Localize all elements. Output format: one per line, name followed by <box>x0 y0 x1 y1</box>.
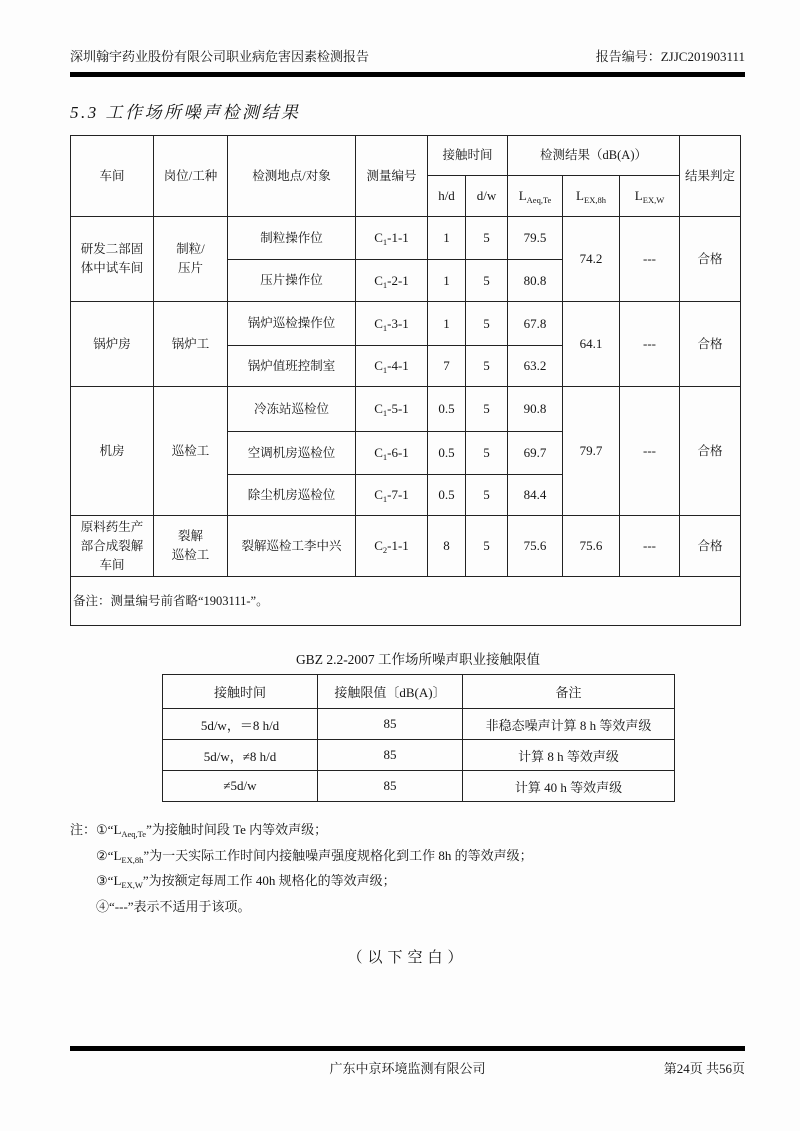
cell-location: 锅炉值班控制室 <box>228 346 356 387</box>
col-header-location: 检测地点/对象 <box>228 136 356 217</box>
col-header-lexw: LEX,W <box>620 176 680 217</box>
table-row: 锅炉房 锅炉工 锅炉巡检操作位 C1-3-1 1 5 67.8 64.1 ---… <box>71 302 741 346</box>
cell-dw: 5 <box>466 387 508 432</box>
limit-row: 5d/w，＝8 h/d 85 非稳态噪声计算 8 h 等效声级 <box>163 709 675 740</box>
cell-dw: 5 <box>466 346 508 387</box>
cell-judge: 合格 <box>680 387 741 516</box>
cell-hd: 0.5 <box>428 432 466 475</box>
cell-location: 空调机房巡检位 <box>228 432 356 475</box>
cell-location: 制粒操作位 <box>228 217 356 260</box>
section-title: 5.3 工作场所噪声检测结果 <box>70 98 745 123</box>
limit-cell-time: 5d/w，＝8 h/d <box>163 709 318 740</box>
limit-cell-value: 85 <box>318 771 463 802</box>
footer-company: 广东中京环境监测有限公司 <box>329 1061 485 1076</box>
cell-lex8h: 75.6 <box>563 516 620 577</box>
cell-position: 裂解 巡检工 <box>154 516 228 577</box>
col-header-hd: h/d <box>428 176 466 217</box>
limit-table: 接触时间 接触限值〔dB(A)〕 备注 5d/w，＝8 h/d 85 非稳态噪声… <box>162 674 675 802</box>
table-row: 机房 巡检工 冷冻站巡检位 C1-5-1 0.5 5 90.8 79.7 ---… <box>71 387 741 432</box>
cell-judge: 合格 <box>680 217 741 302</box>
cell-hd: 0.5 <box>428 475 466 516</box>
cell-lexw: --- <box>620 516 680 577</box>
cell-location: 除尘机房巡检位 <box>228 475 356 516</box>
cell-position: 制粒/ 压片 <box>154 217 228 302</box>
cell-laeq: 69.7 <box>508 432 563 475</box>
col-header-dw: d/w <box>466 176 508 217</box>
blank-placeholder: （以下空白） <box>70 946 745 967</box>
cell-lex8h: 74.2 <box>563 217 620 302</box>
limit-row: ≠5d/w 85 计算 40 h 等效声级 <box>163 771 675 802</box>
page-header: 深圳翰宇药业股份有限公司职业病危害因素检测报告 报告编号：ZJJC2019031… <box>70 46 745 77</box>
col-header-contact-time: 接触时间 <box>428 136 508 176</box>
cell-lexw: --- <box>620 302 680 387</box>
cell-hd: 1 <box>428 217 466 260</box>
cell-laeq: 84.4 <box>508 475 563 516</box>
limit-col-contact-time: 接触时间 <box>163 675 318 709</box>
cell-measure-no: C1-1-1 <box>356 217 428 260</box>
col-header-result-group: 检测结果（dB(A)） <box>508 136 680 176</box>
cell-measure-no: C1-2-1 <box>356 260 428 302</box>
cell-measure-no: C1-4-1 <box>356 346 428 387</box>
cell-workshop: 研发二部固 体中试车间 <box>71 217 154 302</box>
cell-lex8h: 64.1 <box>563 302 620 387</box>
cell-hd: 0.5 <box>428 387 466 432</box>
note-item: ②“LEX,8h”为一天实际工作时间内接触噪声强度规格化到工作 8h 的等效声级… <box>96 844 533 870</box>
cell-measure-no: C1-6-1 <box>356 432 428 475</box>
content-area: 深圳翰宇药业股份有限公司职业病危害因素检测报告 报告编号：ZJJC2019031… <box>70 0 745 967</box>
limit-cell-value: 85 <box>318 740 463 771</box>
cell-workshop: 原料药生产 部合成裂解 车间 <box>71 516 154 577</box>
limit-cell-time: 5d/w，≠8 h/d <box>163 740 318 771</box>
limit-cell-time: ≠5d/w <box>163 771 318 802</box>
table-row: 研发二部固 体中试车间 制粒/ 压片 制粒操作位 C1-1-1 1 5 79.5… <box>71 217 741 260</box>
cell-location: 冷冻站巡检位 <box>228 387 356 432</box>
cell-measure-no: C1-3-1 <box>356 302 428 346</box>
cell-position: 锅炉工 <box>154 302 228 387</box>
cell-measure-no: C1-7-1 <box>356 475 428 516</box>
col-header-judge: 结果判定 <box>680 136 741 217</box>
table-remark: 备注：测量编号前省略“1903111-”。 <box>71 577 741 626</box>
note-item: ①“LAeq,Te”为接触时间段 Te 内等效声级； <box>96 818 533 844</box>
cell-hd: 8 <box>428 516 466 577</box>
cell-dw: 5 <box>466 475 508 516</box>
cell-judge: 合格 <box>680 302 741 387</box>
note-item: ③“LEX,W”为按额定每周工作 40h 规格化的等效声级； <box>96 869 533 895</box>
cell-lex8h: 79.7 <box>563 387 620 516</box>
notes-label: 注： <box>70 818 96 920</box>
cell-laeq: 75.6 <box>508 516 563 577</box>
page-footer: 广东中京环境监测有限公司 第24页 共56页 <box>70 1046 745 1077</box>
cell-workshop: 机房 <box>71 387 154 516</box>
limit-table-title: GBZ 2.2-2007 工作场所噪声职业接触限值 <box>162 648 674 668</box>
document-page: 深圳翰宇药业股份有限公司职业病危害因素检测报告 报告编号：ZJJC2019031… <box>0 0 800 1131</box>
cell-location: 锅炉巡检操作位 <box>228 302 356 346</box>
cell-laeq: 63.2 <box>508 346 563 387</box>
cell-dw: 5 <box>466 217 508 260</box>
cell-position: 巡检工 <box>154 387 228 516</box>
col-header-measure-no: 测量编号 <box>356 136 428 217</box>
note-item: ④“---”表示不适用于该项。 <box>96 895 533 921</box>
table-header-row-1: 车间 岗位/工种 检测地点/对象 测量编号 接触时间 检测结果（dB(A)） 结… <box>71 136 741 176</box>
footer-page-number: 第24页 共56页 <box>664 1058 745 1077</box>
cell-location: 压片操作位 <box>228 260 356 302</box>
report-number: 报告编号：ZJJC201903111 <box>596 46 745 65</box>
report-title: 深圳翰宇药业股份有限公司职业病危害因素检测报告 <box>70 46 369 65</box>
limit-header-row: 接触时间 接触限值〔dB(A)〕 备注 <box>163 675 675 709</box>
cell-lexw: --- <box>620 217 680 302</box>
col-header-laeq: LAeq,Te <box>508 176 563 217</box>
cell-lexw: --- <box>620 387 680 516</box>
limit-cell-value: 85 <box>318 709 463 740</box>
cell-laeq: 80.8 <box>508 260 563 302</box>
cell-laeq: 79.5 <box>508 217 563 260</box>
cell-laeq: 90.8 <box>508 387 563 432</box>
cell-dw: 5 <box>466 516 508 577</box>
limit-col-limit-value: 接触限值〔dB(A)〕 <box>318 675 463 709</box>
col-header-position: 岗位/工种 <box>154 136 228 217</box>
cell-hd: 1 <box>428 260 466 302</box>
cell-laeq: 67.8 <box>508 302 563 346</box>
cell-measure-no: C1-5-1 <box>356 387 428 432</box>
cell-location: 裂解巡检工李中兴 <box>228 516 356 577</box>
cell-hd: 1 <box>428 302 466 346</box>
cell-workshop: 锅炉房 <box>71 302 154 387</box>
cell-judge: 合格 <box>680 516 741 577</box>
col-header-workshop: 车间 <box>71 136 154 217</box>
limit-cell-remark: 计算 40 h 等效声级 <box>463 771 675 802</box>
noise-results-table: 车间 岗位/工种 检测地点/对象 测量编号 接触时间 检测结果（dB(A)） 结… <box>70 135 741 626</box>
cell-dw: 5 <box>466 302 508 346</box>
limit-col-remark: 备注 <box>463 675 675 709</box>
col-header-lex8h: LEX,8h <box>563 176 620 217</box>
limit-cell-remark: 非稳态噪声计算 8 h 等效声级 <box>463 709 675 740</box>
notes: 注： ①“LAeq,Te”为接触时间段 Te 内等效声级； ②“LEX,8h”为… <box>70 818 745 920</box>
cell-dw: 5 <box>466 260 508 302</box>
table-remark-row: 备注：测量编号前省略“1903111-”。 <box>71 577 741 626</box>
notes-lines: ①“LAeq,Te”为接触时间段 Te 内等效声级； ②“LEX,8h”为一天实… <box>96 818 533 920</box>
cell-hd: 7 <box>428 346 466 387</box>
limit-cell-remark: 计算 8 h 等效声级 <box>463 740 675 771</box>
limit-row: 5d/w，≠8 h/d 85 计算 8 h 等效声级 <box>163 740 675 771</box>
table-row: 原料药生产 部合成裂解 车间 裂解 巡检工 裂解巡检工李中兴 C2-1-1 8 … <box>71 516 741 577</box>
cell-measure-no: C2-1-1 <box>356 516 428 577</box>
cell-dw: 5 <box>466 432 508 475</box>
footer-row: 广东中京环境监测有限公司 第24页 共56页 <box>70 1058 745 1077</box>
